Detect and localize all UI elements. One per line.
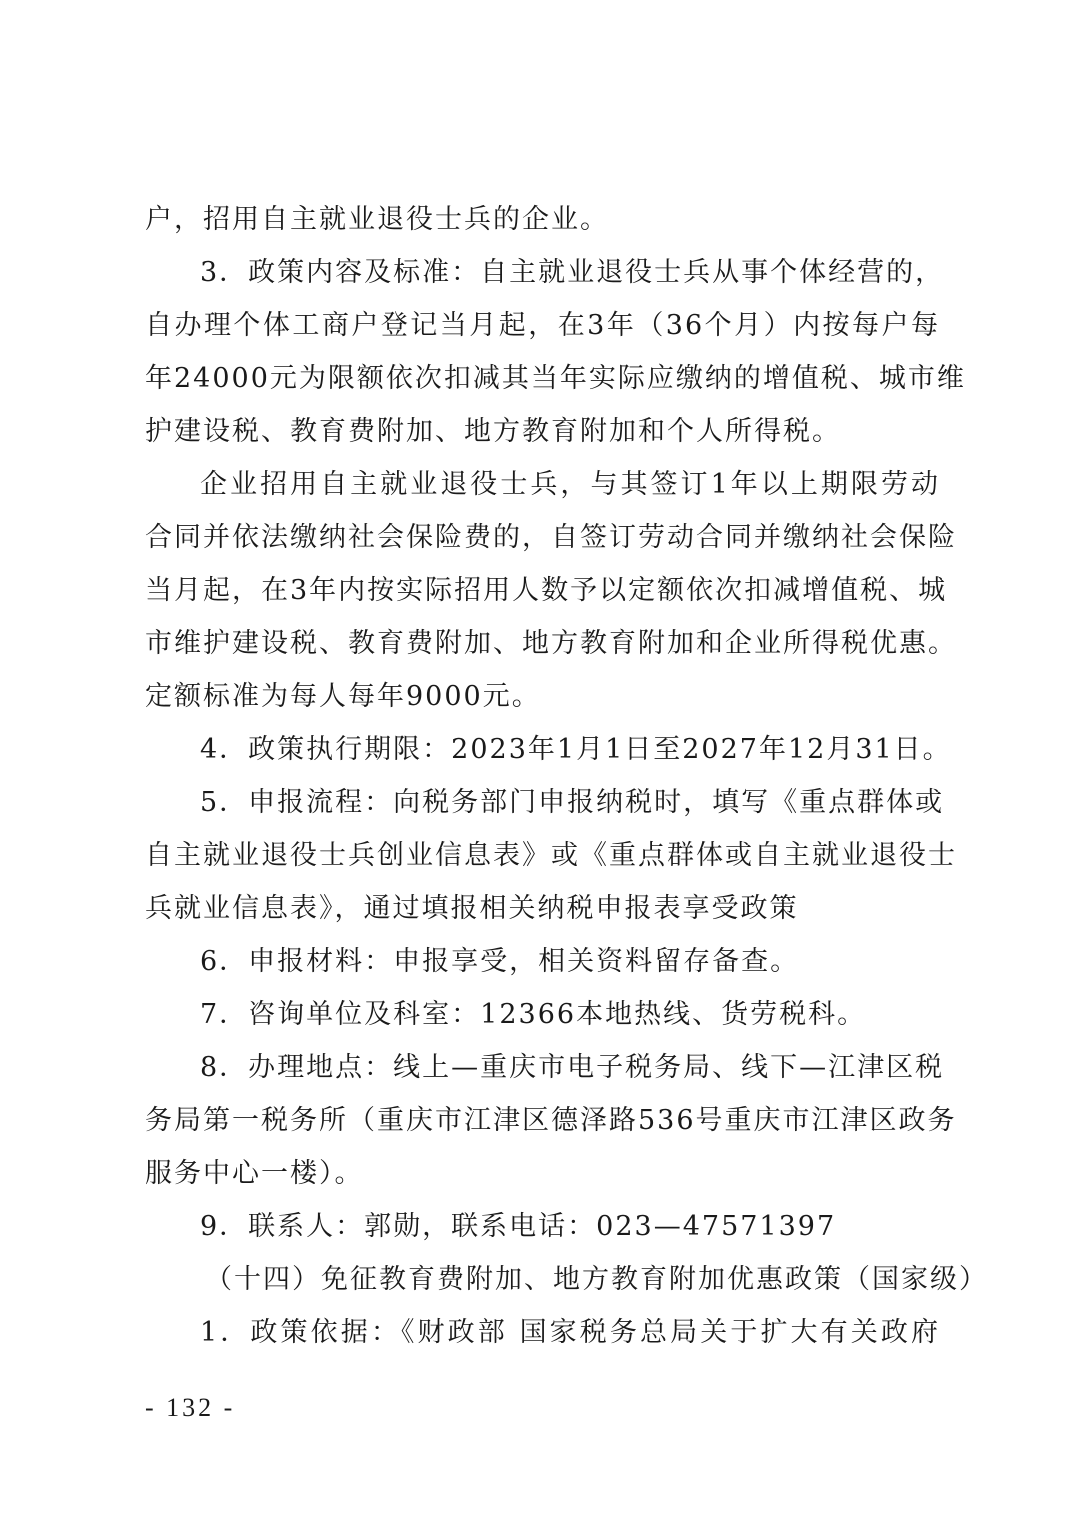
text-line: 合同并依法缴纳社会保险费的，自签订劳动合同并缴纳社会保险: [145, 518, 940, 558]
text-line: 1．政策依据：《财政部 国家税务总局关于扩大有关政府: [200, 1313, 940, 1353]
text-line: 市维护建设税、教育费附加、地方教育附加和企业所得税优惠。: [145, 624, 940, 664]
text-line: 定额标准为每人每年9000元。: [145, 677, 940, 717]
text-line: 兵就业信息表》，通过填报相关纳税申报表享受政策: [145, 889, 940, 929]
document-page: 户，招用自主就业退役士兵的企业。 3．政策内容及标准：自主就业退役士兵从事个体经…: [0, 0, 1074, 1520]
text-line: 服务中心一楼）。: [145, 1154, 940, 1194]
text-line: 7．咨询单位及科室：12366本地热线、货劳税科。: [200, 995, 940, 1035]
text-line: 自办理个体工商户登记当月起，在3年（36个月）内按每户每: [145, 306, 940, 346]
page-number: - 132 -: [145, 1390, 235, 1426]
text-line: 自主就业退役士兵创业信息表》或《重点群体或自主就业退役士: [145, 836, 940, 876]
text-line: 企业招用自主就业退役士兵，与其签订1年以上期限劳动: [200, 465, 940, 505]
text-line: 护建设税、教育费附加、地方教育附加和个人所得税。: [145, 412, 940, 452]
text-line: 8．办理地点：线上—重庆市电子税务局、线下—江津区税: [200, 1048, 940, 1088]
text-line: 年24000元为限额依次扣减其当年实际应缴纳的增值税、城市维: [145, 359, 940, 399]
text-line: 3．政策内容及标准：自主就业退役士兵从事个体经营的，: [200, 253, 940, 293]
section-heading: （十四）免征教育费附加、地方教育附加优惠政策（国家级）: [205, 1260, 945, 1300]
text-line: 4．政策执行期限：2023年1月1日至2027年12月31日。: [200, 730, 940, 770]
text-line: 当月起，在3年内按实际招用人数予以定额依次扣减增值税、城: [145, 571, 940, 611]
text-line: 户，招用自主就业退役士兵的企业。: [145, 200, 940, 240]
text-line: 9．联系人：郭勋，联系电话：023—47571397: [200, 1207, 940, 1247]
text-line: 5．申报流程：向税务部门申报纳税时，填写《重点群体或: [200, 783, 940, 823]
text-line: 务局第一税务所（重庆市江津区德泽路536号重庆市江津区政务: [145, 1101, 940, 1141]
text-line: 6．申报材料：申报享受，相关资料留存备查。: [200, 942, 940, 982]
